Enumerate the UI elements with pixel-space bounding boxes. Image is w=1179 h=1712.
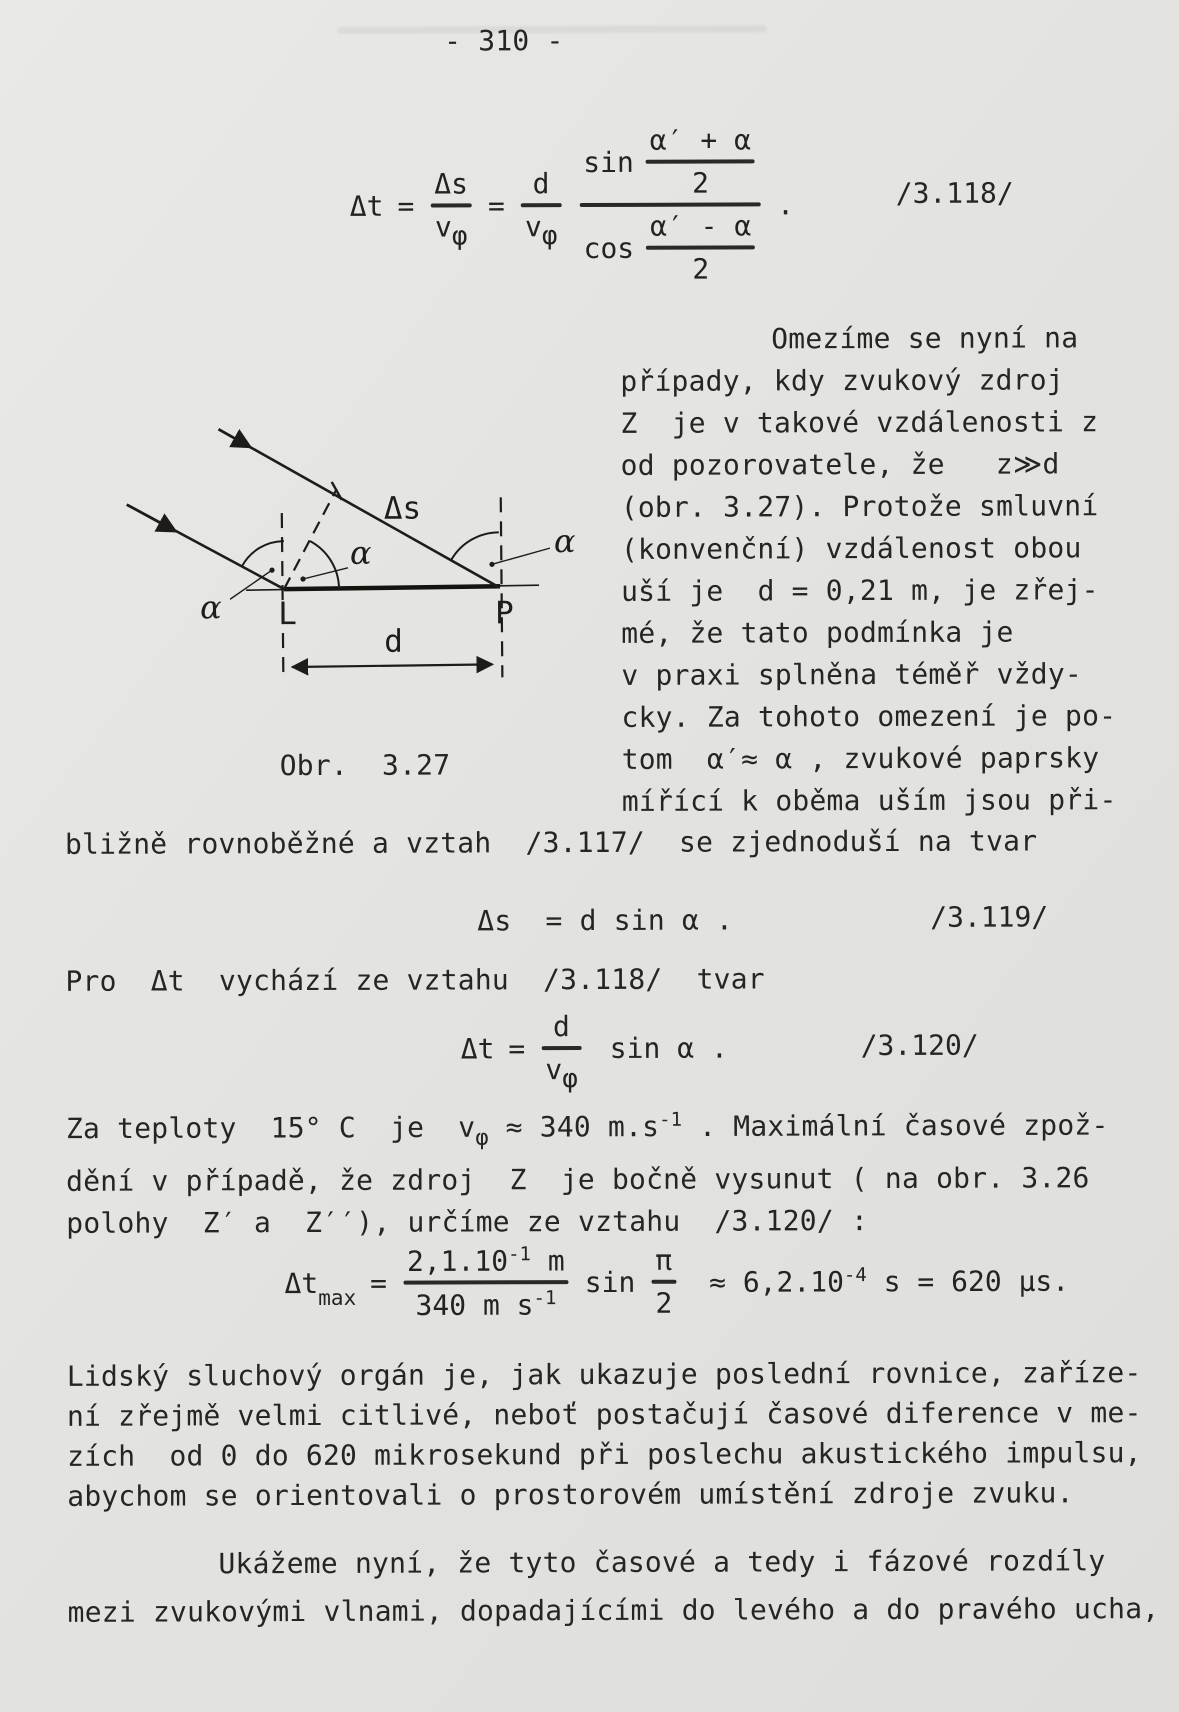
- eq118-f2-den: vφ: [519, 210, 564, 243]
- angle-arc-L-left: [242, 541, 284, 566]
- paragraph-line: abychom se orientovali o prostorovém umí…: [67, 1473, 1142, 1517]
- two: 2: [686, 167, 715, 200]
- pointer-dot: [269, 567, 274, 572]
- max-subscript: max: [318, 1285, 356, 1309]
- baseline-L-P: [284, 586, 500, 589]
- phi-subscript: φ: [562, 1064, 578, 1094]
- paragraph-line: Omezíme se nyní na: [620, 317, 1115, 361]
- alpha-right-label: α: [554, 522, 576, 560]
- dimension-line-d: [292, 664, 492, 667]
- text-segment: ≈ 6,2.10: [692, 1265, 844, 1299]
- paragraph-line: uší je d = 0,21 m, je zřej-: [621, 569, 1116, 613]
- alpha-mid-pointer: [303, 568, 348, 579]
- eq118-tag: /3.118/: [896, 177, 1014, 210]
- text-segment: m: [531, 1244, 565, 1277]
- cos-label: cos: [583, 231, 634, 264]
- paragraph-line: v praxi splněna téměř vždy-: [621, 653, 1116, 697]
- alpha-sum: α′ + α: [644, 123, 757, 156]
- eq120-rhs: sin α .: [610, 1031, 728, 1064]
- eq118-fraction-d-vphi: d vφ: [519, 167, 564, 243]
- paragraph-line: dění v případě, že zdroj Z je bočně vysu…: [66, 1158, 1109, 1204]
- eq118-main-num: sin α′ + α 2: [577, 123, 763, 200]
- figure-caption: Obr. 3.27: [280, 744, 451, 787]
- eq120-tag: /3.120/: [861, 1029, 979, 1062]
- eq118-dot: .: [777, 188, 794, 221]
- eq118-f1-num: Δs: [428, 167, 474, 200]
- eq118-lhs: Δt: [350, 189, 384, 222]
- angle-arc-L-right: [310, 541, 339, 589]
- fraction-bar: [646, 245, 755, 249]
- paragraph-ukazeme: Ukážeme nyní, že tyto časové a tedy i fá…: [67, 1537, 1159, 1637]
- paragraph-za-teploty: Za teploty 15° C je vφ ≈ 340 m.s-1 . Max…: [66, 1097, 1109, 1245]
- point-P-label: P: [495, 595, 514, 631]
- sound-ray-lower-arrowhead: [127, 504, 176, 531]
- paragraph-lidsky: Lidský sluchový orgán je, jak ukazuje po…: [67, 1353, 1142, 1517]
- phi-subscript: φ: [452, 221, 468, 251]
- paragraph-line: Ukážeme nyní, že tyto časové a tedy i fá…: [67, 1537, 1159, 1589]
- text-segment: Za teploty 15° C je v: [66, 1111, 476, 1145]
- eq118-bottom-inner-fraction: α′ - α 2: [644, 209, 757, 285]
- eqmax-lhs: Δtmax: [284, 1266, 356, 1299]
- alpha-mid-label: α: [350, 534, 372, 572]
- figure-3-27-diagram: Δs α α α L P d: [93, 385, 594, 707]
- fraction-bar: [651, 1280, 676, 1284]
- page-content: - 310 - Δt = Δs vφ = d vφ sin α′ + α 2: [0, 0, 1179, 1712]
- eqmax-pi-fraction: π 2: [649, 1244, 678, 1320]
- fraction-bar: [430, 203, 472, 207]
- v-symbol: v: [435, 210, 452, 243]
- right-column: Omezíme se nyní na případy, kdy zvukový …: [620, 317, 1116, 823]
- paragraph-line: ní zřejmě velmi citlivé, neboť postačují…: [67, 1393, 1142, 1437]
- exponent: -4: [844, 1264, 867, 1286]
- eq118-main-den: cos α′ - α 2: [577, 209, 763, 286]
- phi-subscript: φ: [475, 1126, 488, 1151]
- equation-3-120: Δt = d vφ sin α .: [461, 1005, 728, 1092]
- eqmax-den: 340 m s-1: [409, 1287, 562, 1322]
- sound-ray-upper-arrowhead: [219, 429, 251, 447]
- delta-s-label: Δs: [384, 491, 421, 527]
- pointer-dot: [489, 562, 494, 567]
- eq120-lhs: Δt: [461, 1032, 495, 1065]
- eqmax-fraction: 2,1.10-1 m 340 m s-1: [401, 1243, 571, 1322]
- paragraph-line: Z je v takové vzdálenosti z: [620, 401, 1115, 445]
- text-segment: 2,1.10: [407, 1244, 508, 1277]
- pi-symbol: π: [649, 1244, 678, 1277]
- paragraph-line: mé, že tato podmínka je: [621, 611, 1116, 655]
- point-L-label: L: [278, 596, 297, 632]
- scanned-page: - 310 - Δt = Δs vφ = d vφ sin α′ + α 2: [0, 0, 1179, 1712]
- paragraph-line: cky. Za tohoto omezení je po-: [621, 695, 1116, 739]
- paragraph-line: Za teploty 15° C je vφ ≈ 340 m.s-1 . Max…: [66, 1097, 1109, 1161]
- paragraph-line: Pro Δt vychází ze vztahu /3.118/ tvar: [65, 958, 765, 1002]
- two: 2: [686, 253, 715, 286]
- two: 2: [649, 1287, 678, 1320]
- exponent: -1: [508, 1243, 531, 1265]
- eqmax-rhs: ≈ 6,2.10-4 s = 620 μs.: [692, 1263, 1069, 1299]
- eq120-num: d: [547, 1010, 576, 1043]
- dashed-vertical-P: [501, 497, 503, 677]
- distance-d-label: d: [384, 624, 403, 660]
- eqmax-num: 2,1.10-1 m: [401, 1243, 571, 1278]
- eq120-fraction-d-vphi: d vφ: [539, 1010, 584, 1086]
- eq120-equals: =: [508, 1032, 525, 1065]
- sin-label: sin: [583, 145, 634, 178]
- paragraph-line: od pozorovatele, že z≫d: [621, 443, 1116, 487]
- exponent: -1: [659, 1109, 682, 1131]
- eq120-den: vφ: [539, 1053, 584, 1086]
- phi-subscript: φ: [542, 221, 558, 251]
- paragraph-line: (obr. 3.27). Protože smluvní: [621, 485, 1116, 529]
- eq118-top-inner-fraction: α′ + α 2: [644, 123, 757, 199]
- delta-t: Δt: [284, 1266, 318, 1299]
- eq118-f2-num: d: [527, 167, 556, 200]
- angle-arc-P: [451, 532, 499, 560]
- fraction-bar: [541, 1046, 582, 1050]
- paragraph-line: případy, kdy zvukový zdroj: [620, 359, 1115, 403]
- fraction-bar: [646, 159, 755, 163]
- eq118-equals-2: =: [488, 189, 505, 222]
- eq118-equals-1: =: [397, 189, 414, 222]
- text-segment: 340 m s: [415, 1289, 533, 1322]
- v-symbol: v: [545, 1053, 562, 1086]
- paragraph-line: mezi zvukovými vlnami, dopadajícími do l…: [68, 1585, 1160, 1637]
- pointer-dot: [300, 576, 305, 581]
- fraction-bar: [579, 202, 761, 207]
- text-segment: s = 620 μs.: [867, 1264, 1069, 1298]
- fraction-bar: [403, 1280, 569, 1285]
- paragraph-line: Lidský sluchový orgán je, jak ukazuje po…: [67, 1353, 1142, 1397]
- equation-dt-max: Δtmax = 2,1.10-1 m 340 m s-1 sin π 2 ≈ 6…: [284, 1235, 1069, 1328]
- page-number: - 310 -: [444, 20, 564, 62]
- paragraph-line: tom α′≈ α , zvukové paprsky: [622, 737, 1117, 781]
- paragraph-line: zích od 0 do 620 mikrosekund při poslech…: [67, 1433, 1142, 1477]
- paragraph-line: mířící k oběma uším jsou při-: [622, 779, 1117, 823]
- paragraph-line: (konvenční) vzdálenost obou: [621, 527, 1116, 571]
- dashed-source-direction: [284, 489, 337, 589]
- text-segment: ≈ 340 m.s: [489, 1110, 660, 1144]
- paragraph-line: bližně rovnoběžné a vztah /3.117/ se zje…: [65, 820, 1037, 865]
- text-segment: . Maximální časové zpož-: [682, 1109, 1109, 1143]
- alpha-diff: α′ - α: [644, 209, 757, 242]
- exponent: -1: [533, 1287, 556, 1309]
- fraction-bar: [521, 203, 562, 207]
- alpha-left-pointer: [230, 570, 272, 599]
- eq118-main-fraction: sin α′ + α 2 cos α′ - α 2: [577, 123, 763, 286]
- eq118-fraction-ds-vphi: Δs vφ: [428, 167, 474, 243]
- v-symbol: v: [525, 210, 542, 243]
- eqmax-equals: =: [370, 1266, 387, 1299]
- alpha-left-label: α: [200, 588, 222, 626]
- eqmax-sin: sin: [585, 1265, 636, 1298]
- equation-3-118: Δt = Δs vφ = d vφ sin α′ + α 2 cos: [349, 119, 794, 291]
- equation-3-119: Δs = d sin α .: [477, 899, 733, 942]
- eq118-f1-den: vφ: [429, 210, 474, 243]
- eq119-tag: /3.119/: [930, 900, 1048, 933]
